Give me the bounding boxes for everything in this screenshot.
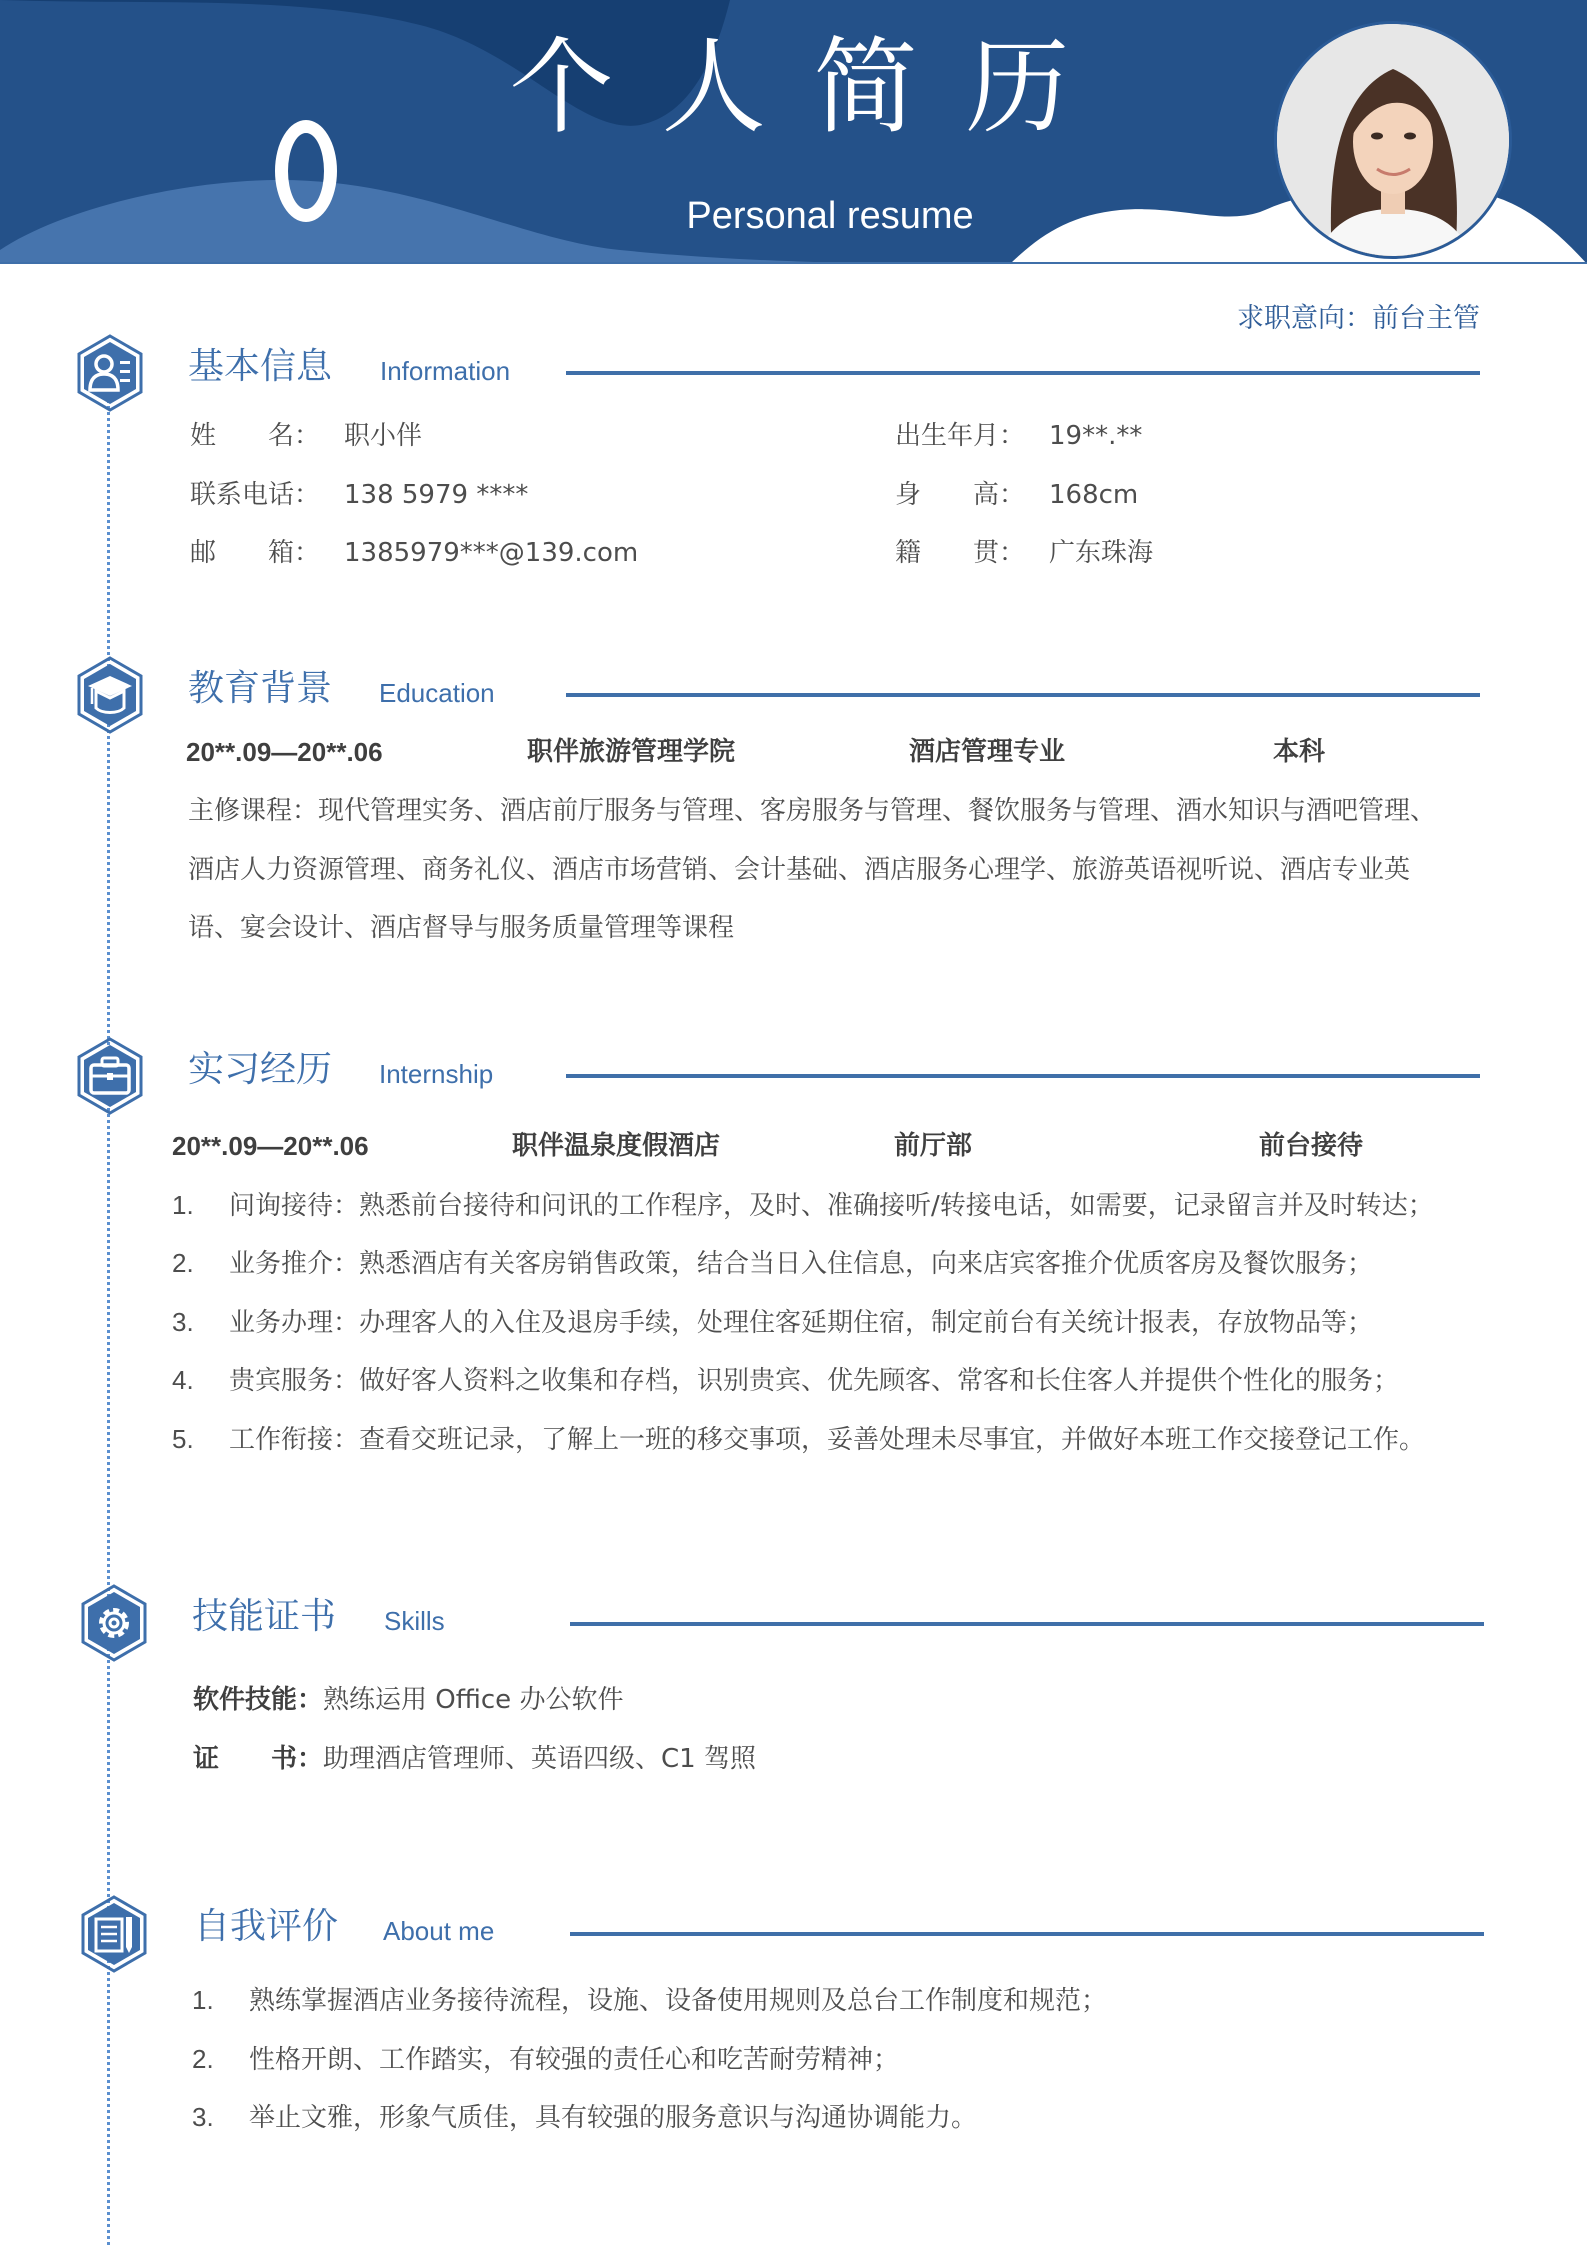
section-title-skills: 技能证书: [192, 1595, 336, 1639]
field-height: 身 高：168cm: [895, 479, 1138, 511]
section-title-en-internship: Internship: [379, 1059, 493, 1089]
section-title-en-skills: Skills: [384, 1606, 445, 1636]
portrait-photo: [1277, 24, 1509, 256]
list-item: 4.贵宾服务：做好客人资料之收集和存档，识别贵宾、优先顾客、常客和长住客人并提供…: [172, 1364, 1399, 1397]
list-item: 1.问询接待：熟悉前台接待和问讯的工作程序，及时、准确接听/转接电话，如需要，记…: [172, 1189, 1434, 1222]
section-title-en-education: Education: [379, 678, 495, 708]
skill-row-certificates: 证 书：助理酒店管理师、英语四级、C1 驾照: [193, 1743, 756, 1775]
list-item: 1.熟练掌握酒店业务接待流程，设施、设备使用规则及总台工作制度和规范；: [192, 1984, 1107, 2017]
section-title-en-about: About me: [383, 1916, 494, 1946]
section-title-education: 教育背景: [188, 667, 332, 711]
list-item: 2.业务推介：熟悉酒店有关客房销售政策，结合当日入住信息，向来店宾客推介优质客房…: [172, 1247, 1373, 1280]
section-title-info: 基本信息: [188, 345, 332, 389]
field-hometown: 籍 贯：广东珠海: [895, 537, 1153, 569]
header-divider: [0, 262, 1587, 264]
person-card-icon: [76, 334, 144, 412]
education-degree: 本科: [1273, 736, 1325, 768]
avatar: [1274, 21, 1512, 259]
field-email: 邮 箱：1385979***@139.com: [190, 537, 638, 569]
briefcase-icon: [76, 1037, 144, 1115]
internship-period: 20**.09—20**.06: [172, 1130, 369, 1162]
job-intent: 求职意向：前台主管: [1237, 296, 1480, 335]
resume-header: 个人简历 Personal resume: [0, 0, 1587, 264]
education-major: 酒店管理专业: [909, 736, 1065, 768]
section-title-about: 自我评价: [194, 1905, 338, 1949]
education-period: 20**.09—20**.06: [186, 736, 383, 768]
graduation-cap-icon: [76, 656, 144, 734]
list-item: 3.业务办理：办理客人的入住及退房手续，处理住客延期住宿，制定前台有关统计报表，…: [172, 1306, 1373, 1339]
internship-company: 职伴温泉度假酒店: [512, 1130, 720, 1162]
gear-icon: [80, 1584, 148, 1662]
internship-department: 前厅部: [894, 1130, 972, 1162]
courses-line: 语、宴会设计、酒店督导与服务质量管理等课程: [188, 912, 734, 944]
section-title-internship: 实习经历: [188, 1048, 332, 1092]
field-phone: 联系电话：138 5979 ****: [190, 479, 528, 511]
section-divider: [566, 693, 1480, 697]
document-pen-icon: [80, 1895, 148, 1973]
section-divider: [570, 1932, 1484, 1936]
list-item: 5.工作衔接：查看交班记录，了解上一班的移交事项，妥善处理未尽事宜，并做好本班工…: [172, 1423, 1425, 1456]
field-birth: 出生年月：19**.**: [895, 420, 1142, 452]
courses-line: 酒店人力资源管理、商务礼仪、酒店市场营销、会计基础、酒店服务心理学、旅游英语视听…: [188, 854, 1410, 886]
section-divider: [566, 1074, 1480, 1078]
section-divider: [566, 371, 1480, 375]
section-divider: [570, 1622, 1484, 1626]
job-intent-value: 前台主管: [1372, 303, 1480, 334]
courses-line: 主修课程：现代管理实务、酒店前厅服务与管理、客房服务与管理、餐饮服务与管理、酒水…: [188, 795, 1436, 827]
list-item: 3.举止文雅，形象气质佳，具有较强的服务意识与沟通协调能力。: [192, 2101, 977, 2134]
skill-row-software: 软件技能：熟练运用 Office 办公软件: [193, 1684, 623, 1716]
internship-position: 前台接待: [1259, 1130, 1363, 1162]
job-intent-label: 求职意向：: [1237, 303, 1372, 334]
list-item: 2.性格开朗、工作踏实，有较强的责任心和吃苦耐劳精神；: [192, 2043, 899, 2076]
education-school: 职伴旅游管理学院: [527, 736, 735, 768]
section-title-en-info: Information: [380, 356, 510, 386]
field-name: 姓 名：职小伴: [190, 420, 422, 452]
